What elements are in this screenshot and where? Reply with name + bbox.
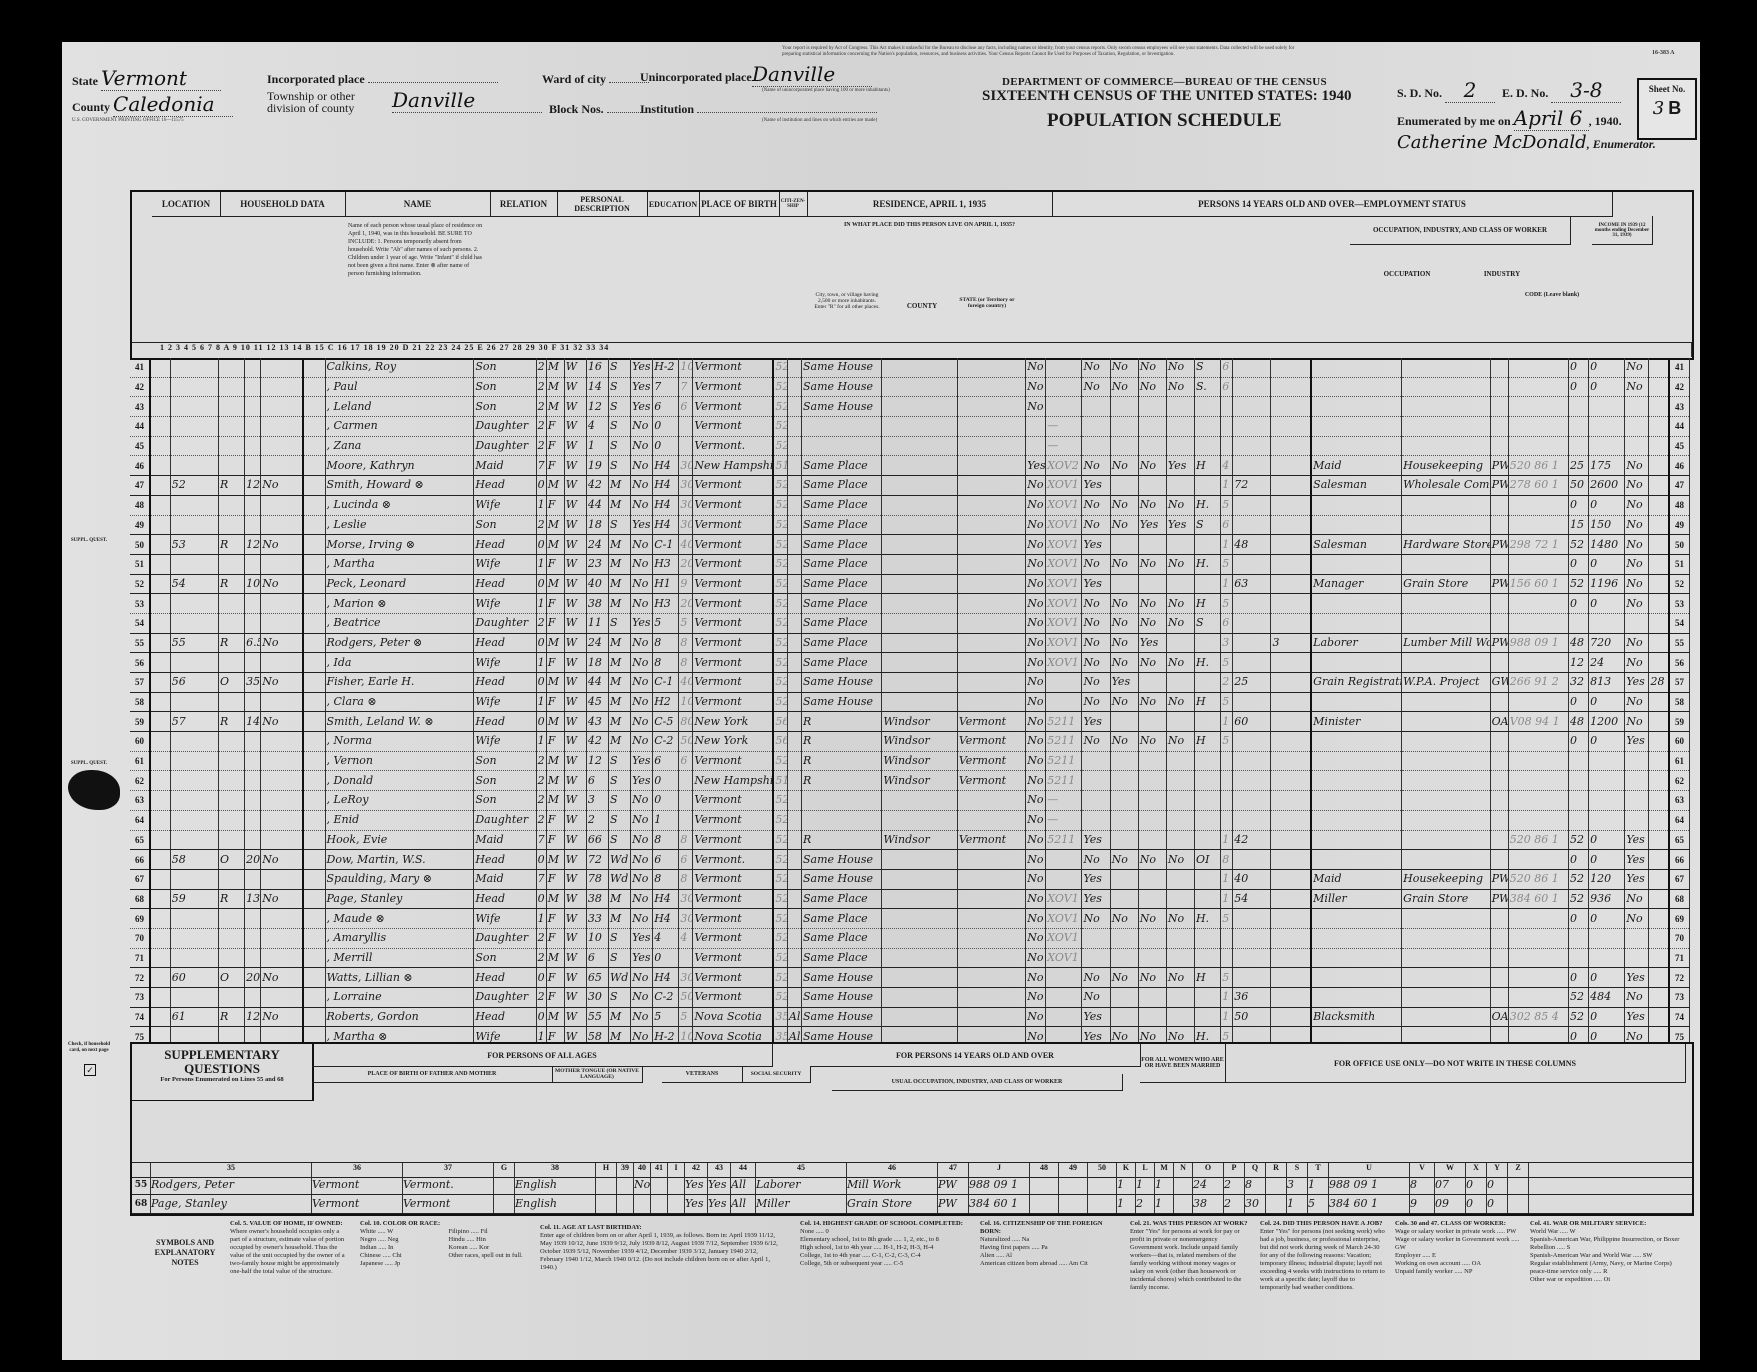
- cell-c23: No: [1138, 554, 1166, 574]
- cell-house: [170, 830, 218, 850]
- cell-res-state: [957, 850, 1025, 870]
- cell-res-state: [957, 988, 1025, 1008]
- cell-school: No: [631, 909, 653, 929]
- cell-own: [218, 653, 244, 673]
- cell-value: 3500: [245, 673, 261, 693]
- cell-code-f: [1508, 909, 1568, 929]
- note-item: College, 1st to 4th year ..... C-1, C-2,…: [800, 1252, 970, 1260]
- cell-citizenship: [787, 476, 801, 496]
- enumerated-label: Enumerated by me on: [1397, 114, 1511, 128]
- cell-c21: [1082, 397, 1110, 417]
- cell-c26: 60: [1233, 712, 1271, 732]
- cell-birthplace: Vermont: [693, 968, 773, 988]
- cell-res-city: Same House: [801, 1007, 881, 1027]
- table-row: 41Calkins, RoySon2MW16SYesH-210Vermont52…: [130, 358, 1690, 377]
- cell-code-e: [1221, 771, 1233, 791]
- cell-code-b: 40: [679, 673, 693, 693]
- cell-citizenship: [787, 928, 801, 948]
- note-item: Unpaid family worker ..... NP: [1395, 1268, 1520, 1276]
- supp-colnum: Q: [1245, 1163, 1266, 1177]
- cell-wages: 2600: [1589, 476, 1625, 496]
- cell-value: [245, 358, 261, 377]
- cell-c22: No: [1110, 850, 1138, 870]
- cell-res-county: [882, 948, 957, 968]
- cell-street: [150, 456, 170, 476]
- supp-cell-line: 68: [132, 1195, 151, 1213]
- cell-street: [150, 751, 170, 771]
- supp-cell-y: 0: [1487, 1176, 1508, 1194]
- cell-industry: [1402, 417, 1490, 437]
- cell-res-city: Same Place: [801, 594, 881, 614]
- cell-res-city: Same Place: [801, 633, 881, 653]
- cell-grade: 4: [653, 928, 679, 948]
- cell-farm: No: [261, 712, 303, 732]
- cell-code-d: XOV1: [1046, 613, 1082, 633]
- supp-cell-r: [1266, 1176, 1287, 1194]
- cell-line: 54: [130, 613, 150, 633]
- cell-code-e: 1: [1221, 889, 1233, 909]
- cell-code-f: [1508, 751, 1568, 771]
- supp-cell-usual_occ: Miller: [756, 1195, 847, 1213]
- cell-c26: [1233, 653, 1271, 673]
- cell-farm: [261, 948, 303, 968]
- cell-value: [245, 791, 261, 811]
- cell-occupation: [1311, 988, 1401, 1008]
- table-row: 4752R12NoSmith, Howard ⊗Head0MW42MNoH430…: [130, 476, 1690, 496]
- cell-birthplace: Vermont: [693, 692, 773, 712]
- cell-age: 6: [586, 771, 608, 791]
- cell-other-income: No: [1625, 889, 1649, 909]
- cell-class: [1490, 613, 1508, 633]
- cell-race: W: [564, 476, 586, 496]
- supp-rows: 55Rodgers, PeterVermontVermont.EnglishNo…: [132, 1176, 1692, 1214]
- cell-name: , Merrill: [325, 948, 474, 968]
- cell-own: [218, 692, 244, 712]
- supp-colnum: 50: [1088, 1163, 1117, 1177]
- cell-code-f: 156 60 1: [1508, 574, 1568, 594]
- cell-code-e: 6: [1221, 613, 1233, 633]
- cell-relation: Maid: [474, 456, 536, 476]
- cell-industry: [1402, 554, 1490, 574]
- residence-instructions: IN WHAT PLACE DID THIS PERSON LIVE ON AP…: [812, 222, 1047, 228]
- cell-c23: [1138, 771, 1166, 791]
- cell-occupation: Salesman: [1311, 476, 1401, 496]
- cell-hh: [303, 869, 325, 889]
- cell-occupation: [1311, 613, 1401, 633]
- cell-res-city: Same House: [801, 869, 881, 889]
- cell-citizenship: [787, 495, 801, 515]
- cell-occupation: [1311, 732, 1401, 752]
- county-value: Caledonia: [113, 92, 233, 117]
- section-birthplace: PLACE OF BIRTH: [699, 192, 780, 217]
- cell-c21: [1082, 771, 1110, 791]
- cell-class: PW: [1490, 456, 1508, 476]
- cell-c26: [1233, 436, 1271, 456]
- cell-race: W: [564, 456, 586, 476]
- cell-c22: [1110, 988, 1138, 1008]
- cell-res-state: Vermont: [957, 751, 1025, 771]
- cell-wages: 0: [1589, 850, 1625, 870]
- cell-name: Hook, Evie: [325, 830, 474, 850]
- cell-c26: [1233, 495, 1271, 515]
- cell-farm: [261, 732, 303, 752]
- cell-code-f: [1508, 732, 1568, 752]
- note-col10: Col. 10. COLOR OR RACE: White ..... WNeg…: [360, 1220, 530, 1268]
- cell-relation: Head: [474, 476, 536, 496]
- institution-label: Institution: [640, 102, 694, 116]
- cell-code-b: 8: [679, 830, 693, 850]
- cell-farm35: [1026, 417, 1046, 437]
- supp-cell-blank: [1088, 1195, 1117, 1213]
- cell-value: 12.50: [245, 535, 261, 555]
- cell-farm-sched: [1649, 692, 1669, 712]
- enumerator-field: Catherine McDonald, Enumerator.: [1397, 132, 1656, 153]
- cell-code-f: 520 86 1: [1508, 456, 1568, 476]
- cell-code-e: [1221, 417, 1233, 437]
- cell-race: W: [564, 830, 586, 850]
- cell-age: 44: [586, 495, 608, 515]
- cell-line: 72: [1669, 968, 1689, 988]
- cell-hh: [303, 456, 325, 476]
- cell-sex: F: [546, 594, 564, 614]
- cell-c23: Yes: [1138, 633, 1166, 653]
- cell-c26: [1233, 968, 1271, 988]
- cell-code-c: 52: [773, 928, 787, 948]
- cell-c27: [1271, 653, 1311, 673]
- cell-house: [170, 948, 218, 968]
- cell-relation: Head: [474, 968, 536, 988]
- section-relation: RELATION: [490, 192, 558, 217]
- cell-birthplace: New Hampshire: [693, 771, 773, 791]
- cell-name: , Martha: [325, 554, 474, 574]
- cell-class: [1490, 928, 1508, 948]
- cell-code-c: 52: [773, 495, 787, 515]
- cell-name: Dow, Martin, W.S.: [325, 850, 474, 870]
- cell-code-d: 5211: [1046, 732, 1082, 752]
- cell-age: 10: [586, 928, 608, 948]
- cell-c27: [1271, 397, 1311, 417]
- household-checkbox[interactable]: ✓: [84, 1064, 96, 1076]
- cell-sex: M: [546, 850, 564, 870]
- cell-c26: 40: [1233, 869, 1271, 889]
- cell-code-c: 51: [773, 771, 787, 791]
- supp-cell-s: 1: [1287, 1195, 1308, 1213]
- cell-c26: [1233, 732, 1271, 752]
- cell-value: [245, 377, 261, 397]
- cell-occupation: [1311, 928, 1401, 948]
- cell-res-county: [882, 791, 957, 811]
- cell-farm-sched: 28: [1649, 673, 1669, 693]
- cell-code-d: —: [1046, 417, 1082, 437]
- ed-value: 3-8: [1551, 78, 1621, 103]
- cell-wages: 0: [1589, 495, 1625, 515]
- cell-birthplace: Vermont: [693, 515, 773, 535]
- cell-c22: [1110, 397, 1138, 417]
- cell-c27: [1271, 377, 1311, 397]
- cell-grade: 8: [653, 633, 679, 653]
- cell-c21: [1082, 436, 1110, 456]
- cell-occupation: [1311, 653, 1401, 673]
- cell-code-b: 80: [679, 712, 693, 732]
- cell-res-city: [801, 791, 881, 811]
- cell-res-county: [882, 456, 957, 476]
- cell-occupation: Maid: [1311, 456, 1401, 476]
- cell-line: 61: [130, 751, 150, 771]
- cell-hh: [303, 889, 325, 909]
- legal-notice: Your report is required by Act of Congre…: [782, 46, 1302, 58]
- cell-grade: 6: [653, 397, 679, 417]
- cell-c27: [1271, 810, 1311, 830]
- cell-code-b: 20: [679, 594, 693, 614]
- cell-res-county: Windsor: [882, 732, 957, 752]
- cell-grade: 1: [653, 810, 679, 830]
- cell-line: 48: [1669, 495, 1689, 515]
- cell-code-d: —: [1046, 436, 1082, 456]
- cell-code-a: 1: [536, 554, 546, 574]
- cell-street: [150, 909, 170, 929]
- cell-value: [245, 594, 261, 614]
- cell-sex: F: [546, 928, 564, 948]
- cell-name: , Carmen: [325, 417, 474, 437]
- cell-house: 52: [170, 476, 218, 496]
- cell-c22: No: [1110, 377, 1138, 397]
- cell-c23: [1138, 417, 1166, 437]
- cell-line: 49: [1669, 515, 1689, 535]
- cell-code-f: 278 60 1: [1508, 476, 1568, 496]
- cell-c27: [1271, 732, 1311, 752]
- cell-name: , Zana: [325, 436, 474, 456]
- cell-occupation: Salesman: [1311, 535, 1401, 555]
- cell-c26: [1233, 909, 1271, 929]
- cell-relation: Son: [474, 948, 536, 968]
- cell-school: No: [631, 791, 653, 811]
- cell-line: 50: [130, 535, 150, 555]
- cell-code-f: [1508, 377, 1568, 397]
- cell-marital: S: [609, 613, 631, 633]
- cell-code-a: 1: [536, 909, 546, 929]
- cell-industry: Wholesale Company: [1402, 476, 1490, 496]
- cell-age: 3: [586, 791, 608, 811]
- enumerated-year: , 1940.: [1589, 114, 1622, 128]
- cell-grade: 0: [653, 771, 679, 791]
- cell-c21: No: [1082, 594, 1110, 614]
- cell-farm-sched: [1649, 417, 1669, 437]
- cell-class: [1490, 948, 1508, 968]
- cell-c26: [1233, 594, 1271, 614]
- cell-occupation: Minister: [1311, 712, 1401, 732]
- cell-line: 64: [130, 810, 150, 830]
- cell-line: 46: [130, 456, 150, 476]
- cell-other-income: No: [1625, 554, 1649, 574]
- cell-industry: Grain Store: [1402, 574, 1490, 594]
- cell-industry: [1402, 397, 1490, 417]
- residence-state-header: STATE (or Territory or foreign country): [957, 297, 1017, 309]
- cell-c26: [1233, 850, 1271, 870]
- cell-sex: M: [546, 948, 564, 968]
- cell-other-income: No: [1625, 358, 1649, 377]
- cell-other-income: [1625, 771, 1649, 791]
- cell-name: , Lorraine: [325, 988, 474, 1008]
- cell-class: [1490, 771, 1508, 791]
- supp-cell-code_j: 384 60 1: [969, 1195, 1030, 1213]
- cell-own: [218, 594, 244, 614]
- cell-line: 67: [130, 869, 150, 889]
- table-row: 60, NormaWife1FW42MNoC-250New York56RWin…: [130, 732, 1690, 752]
- ed-label: E. D. No.: [1502, 86, 1548, 100]
- cell-relation: Head: [474, 535, 536, 555]
- cell-farm: No: [261, 889, 303, 909]
- cell-res-state: [957, 515, 1025, 535]
- cell-wages: 0: [1589, 554, 1625, 574]
- cell-code-b: [679, 771, 693, 791]
- note-col21-title: Col. 21. WAS THIS PERSON AT WORK?: [1130, 1220, 1248, 1227]
- cell-school: No: [631, 830, 653, 850]
- cell-house: 55: [170, 633, 218, 653]
- cell-industry: [1402, 594, 1490, 614]
- supp-cell-name: Page, Stanley: [151, 1195, 312, 1213]
- cell-line: 49: [130, 515, 150, 535]
- cell-street: [150, 495, 170, 515]
- cell-c26: [1233, 377, 1271, 397]
- cell-line: 61: [1669, 751, 1689, 771]
- cell-res-county: [882, 554, 957, 574]
- cell-c23: [1138, 712, 1166, 732]
- cell-code-c: 52: [773, 692, 787, 712]
- section-occupation: OCCUPATION, INDUSTRY, AND CLASS OF WORKE…: [1350, 216, 1571, 245]
- cell-name: Peck, Leonard: [325, 574, 474, 594]
- cell-name: Smith, Leland W. ⊗: [325, 712, 474, 732]
- cell-code-c: 52: [773, 909, 787, 929]
- cell-c26: [1233, 515, 1271, 535]
- supp-colnum: H: [596, 1163, 617, 1177]
- cell-relation: Son: [474, 751, 536, 771]
- cell-industry: [1402, 515, 1490, 535]
- supp-usual-occ-header: USUAL OCCUPATION, INDUSTRY, AND CLASS OF…: [832, 1074, 1123, 1091]
- cell-res-county: [882, 495, 957, 515]
- note-col16-title: Col. 16. CITIZENSHIP OF THE FOREIGN BORN…: [980, 1220, 1103, 1235]
- cell-line: 70: [130, 928, 150, 948]
- cell-weeks: 15: [1569, 515, 1589, 535]
- supp-colnum: L: [1136, 1163, 1155, 1177]
- cell-res-city: Same Place: [801, 909, 881, 929]
- cell-citizenship: [787, 732, 801, 752]
- cell-marital: M: [609, 594, 631, 614]
- cell-industry: [1402, 830, 1490, 850]
- table-row: 46Moore, KathrynMaid7FW19SNoH430New Hamp…: [130, 456, 1690, 476]
- cell-marital: M: [609, 633, 631, 653]
- cell-res-city: [801, 810, 881, 830]
- cell-res-county: [882, 968, 957, 988]
- cell-relation: Wife: [474, 594, 536, 614]
- cell-own: [218, 771, 244, 791]
- cell-c27: [1271, 476, 1311, 496]
- cell-birthplace: Vermont: [693, 830, 773, 850]
- supp-colnum: T: [1308, 1163, 1329, 1177]
- cell-class: OA: [1490, 1007, 1508, 1027]
- cell-weeks: 0: [1569, 358, 1589, 377]
- cell-line: 51: [130, 554, 150, 574]
- cell-own: R: [218, 889, 244, 909]
- cell-c21: No: [1082, 554, 1110, 574]
- cell-school: No: [631, 850, 653, 870]
- cell-c25: [1195, 771, 1221, 791]
- cell-farm-sched: [1649, 850, 1669, 870]
- cell-school: Yes: [631, 613, 653, 633]
- cell-farm: No: [261, 633, 303, 653]
- cell-street: [150, 535, 170, 555]
- section-employment: PERSONS 14 YEARS OLD AND OVER—EMPLOYMENT…: [1052, 192, 1613, 217]
- supplementary-title: SUPPLEMENTARY QUESTIONS: [132, 1044, 312, 1076]
- cell-relation: Head: [474, 712, 536, 732]
- cell-other-income: Yes: [1625, 732, 1649, 752]
- cell-line: 63: [130, 791, 150, 811]
- cell-code-e: 3: [1221, 633, 1233, 653]
- cell-weeks: 52: [1569, 535, 1589, 555]
- supp-colnum: 41: [651, 1163, 668, 1177]
- cell-code-c: 52: [773, 377, 787, 397]
- ward-field: Ward of city: [542, 70, 649, 87]
- cell-res-state: [957, 377, 1025, 397]
- supp-colnum: 37: [403, 1163, 494, 1177]
- cell-farm: [261, 988, 303, 1008]
- cell-occupation: Miller: [1311, 889, 1401, 909]
- cell-farm35: [1026, 436, 1046, 456]
- cell-grade: C-2: [653, 732, 679, 752]
- cell-c21: Yes: [1082, 889, 1110, 909]
- cell-c21: [1082, 948, 1110, 968]
- cell-c25: H: [1195, 456, 1221, 476]
- note-col14-title: Col. 14. HIGHEST GRADE OF SCHOOL COMPLET…: [800, 1220, 963, 1227]
- cell-c26: [1233, 692, 1271, 712]
- cell-sex: M: [546, 535, 564, 555]
- table-row: 64, EnidDaughter2FW2SNo1Vermont52No—64: [130, 810, 1690, 830]
- cell-age: 55: [586, 1007, 608, 1027]
- cell-res-state: [957, 594, 1025, 614]
- cell-res-city: Same House: [801, 692, 881, 712]
- cell-grade: H1: [653, 574, 679, 594]
- cell-c22: [1110, 574, 1138, 594]
- cell-wages: 1480: [1589, 535, 1625, 555]
- cell-code-f: [1508, 613, 1568, 633]
- cell-c23: [1138, 988, 1166, 1008]
- cell-weeks: 52: [1569, 1007, 1589, 1027]
- cell-weeks: [1569, 417, 1589, 437]
- cell-farm-sched: [1649, 889, 1669, 909]
- table-row: 65Hook, EvieMaid7FW66SNo88Vermont52RWind…: [130, 830, 1690, 850]
- cell-code-d: XOV1: [1046, 574, 1082, 594]
- cell-occupation: [1311, 417, 1401, 437]
- cell-c25: H: [1195, 594, 1221, 614]
- cell-wages: [1589, 751, 1625, 771]
- sd-field: S. D. No. 2: [1397, 78, 1495, 103]
- cell-c21: No: [1082, 673, 1110, 693]
- cell-c26: 25: [1233, 673, 1271, 693]
- cell-own: R: [218, 535, 244, 555]
- cell-c26: [1233, 633, 1271, 653]
- cell-c26: [1233, 456, 1271, 476]
- note-item: Negro ..... Neg: [360, 1236, 442, 1244]
- sheet-side: B: [1668, 98, 1681, 118]
- cell-own: [218, 613, 244, 633]
- cell-c24: [1166, 830, 1194, 850]
- cell-value: 12: [245, 1007, 261, 1027]
- cell-school: Yes: [631, 515, 653, 535]
- cell-own: [218, 948, 244, 968]
- cell-res-city: Same Place: [801, 554, 881, 574]
- cell-citizenship: [787, 417, 801, 437]
- cell-c25: [1195, 869, 1221, 889]
- cell-grade: H4: [653, 515, 679, 535]
